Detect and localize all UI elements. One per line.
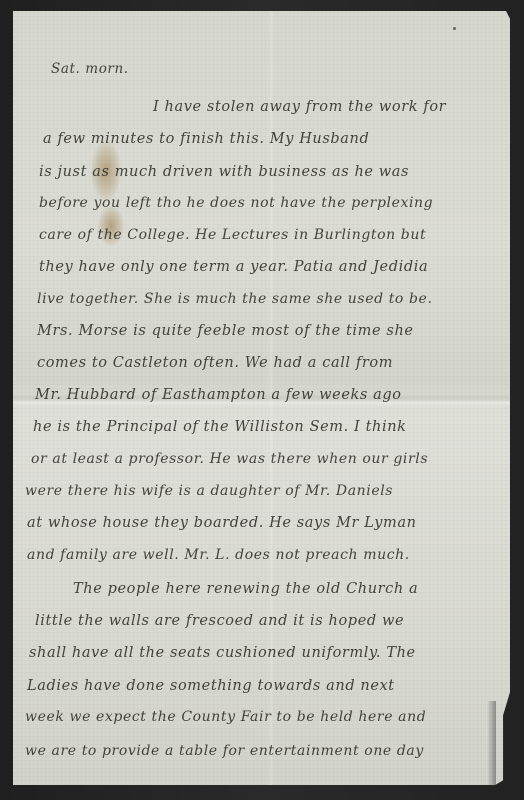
letter-line: Ladies have done something towards and n… bbox=[27, 678, 395, 694]
letter-line: and family are well. Mr. L. does not pre… bbox=[27, 547, 410, 563]
letter-line: little the walls are frescoed and it is … bbox=[35, 613, 404, 629]
letter-line: were there his wife is a daughter of Mr.… bbox=[25, 483, 393, 499]
letter-line: I have stolen away from the work for bbox=[153, 99, 446, 115]
letter-line: is just as much driven with business as … bbox=[39, 164, 409, 180]
letter-line: before you left tho he does not have the… bbox=[39, 195, 433, 211]
letter-line: we are to provide a table for entertainm… bbox=[25, 743, 424, 759]
letter-line: at whose house they boarded. He says Mr … bbox=[27, 515, 417, 531]
letter-text: Sat. morn. I have stolen away from the w… bbox=[13, 11, 510, 785]
letter-line: he is the Principal of the Williston Sem… bbox=[33, 419, 407, 435]
letter-line: Mr. Hubbard of Easthampton a few weeks a… bbox=[35, 387, 402, 403]
letter-line: live together. She is much the same she … bbox=[37, 291, 433, 307]
letter-line: comes to Castleton often. We had a call … bbox=[37, 355, 393, 371]
letter-line: shall have all the seats cushioned unifo… bbox=[29, 645, 416, 661]
letter-line: they have only one term a year. Patia an… bbox=[39, 259, 428, 275]
letter-page: Sat. morn. I have stolen away from the w… bbox=[13, 11, 510, 785]
letter-line: care of the College. He Lectures in Burl… bbox=[39, 227, 426, 243]
letter-line: Mrs. Morse is quite feeble most of the t… bbox=[37, 323, 414, 339]
letter-line: or at least a professor. He was there wh… bbox=[31, 451, 428, 467]
letter-line: week we expect the County Fair to be hel… bbox=[25, 709, 426, 725]
letter-dateline: Sat. morn. bbox=[51, 61, 129, 77]
letter-line: The people here renewing the old Church … bbox=[73, 581, 418, 597]
letter-line: a few minutes to finish this. My Husband bbox=[43, 131, 369, 147]
